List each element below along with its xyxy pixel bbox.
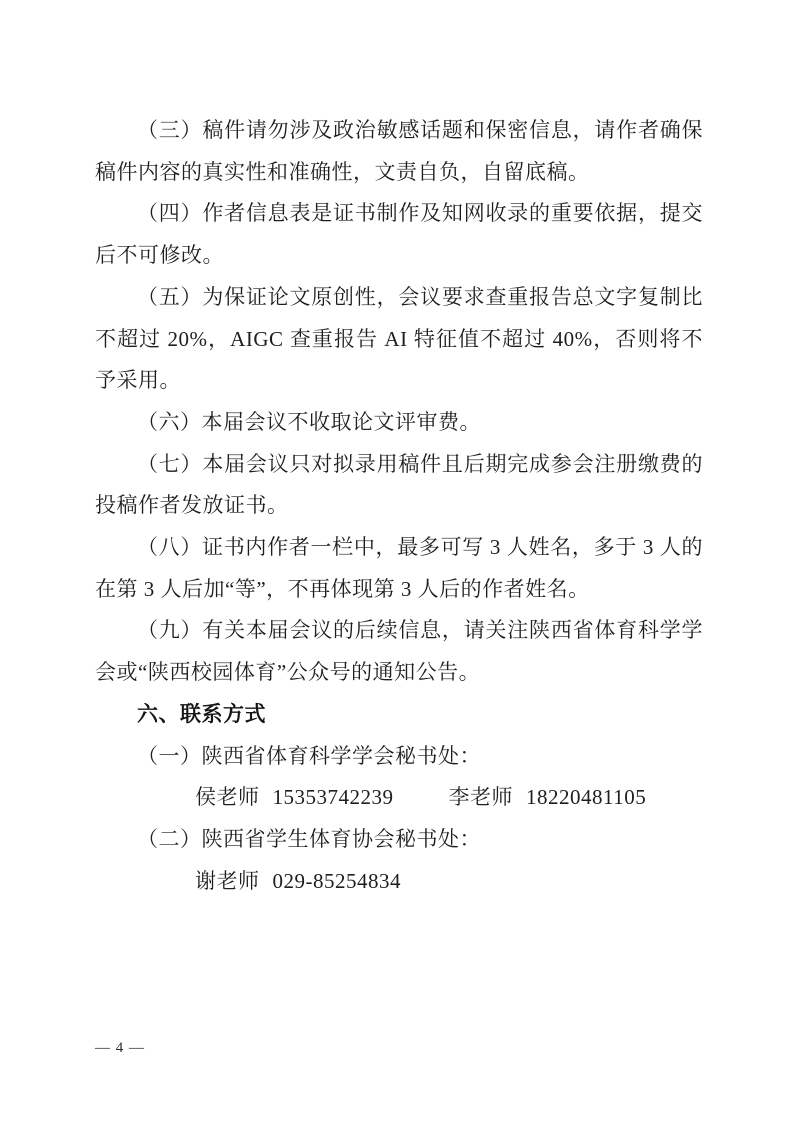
contact-group-2-label: （二）陕西省学生体育协会秘书处： [95,819,703,861]
section-heading-contact: 六、联系方式 [95,694,703,736]
note-item-7: （七）本届会议只对拟录用稿件且后期完成参会注册缴费的投稿作者发放证书。 [95,444,703,527]
contact-person-name: 谢老师 [195,869,260,893]
contact-group-1-label: （一）陕西省体育科学学会秘书处： [95,736,703,778]
contact-group-2-people: 谢老师029-85254834 [95,861,703,903]
contact-person-name: 李老师 [449,785,514,809]
note-item-3: （三）稿件请勿涉及政治敏感话题和保密信息，请作者确保稿件内容的真实性和准确性，文… [95,110,703,193]
contact-person-phone: 18220481105 [526,785,646,809]
document-body: （三）稿件请勿涉及政治敏感话题和保密信息，请作者确保稿件内容的真实性和准确性，文… [95,110,703,902]
note-item-5: （五）为保证论文原创性，会议要求查重报告总文字复制比不超过 20%，AIGC 查… [95,277,703,402]
contact-person-name: 侯老师 [195,785,260,809]
contact-person-phone: 15353742239 [273,785,394,809]
note-item-4: （四）作者信息表是证书制作及知网收录的重要依据，提交后不可修改。 [95,193,703,276]
note-item-8: （八）证书内作者一栏中，最多可写 3 人姓名，多于 3 人的在第 3 人后加“等… [95,527,703,610]
page-number: — 4 — [95,1038,145,1058]
note-item-9: （九）有关本届会议的后续信息，请关注陕西省体育科学学会或“陕西校园体育”公众号的… [95,610,703,693]
contact-person-phone: 029-85254834 [273,869,402,893]
contact-group-1-people: 侯老师15353742239李老师18220481105 [95,777,703,819]
document-page: （三）稿件请勿涉及政治敏感话题和保密信息，请作者确保稿件内容的真实性和准确性，文… [0,0,794,1123]
note-item-6: （六）本届会议不收取论文评审费。 [95,402,703,444]
